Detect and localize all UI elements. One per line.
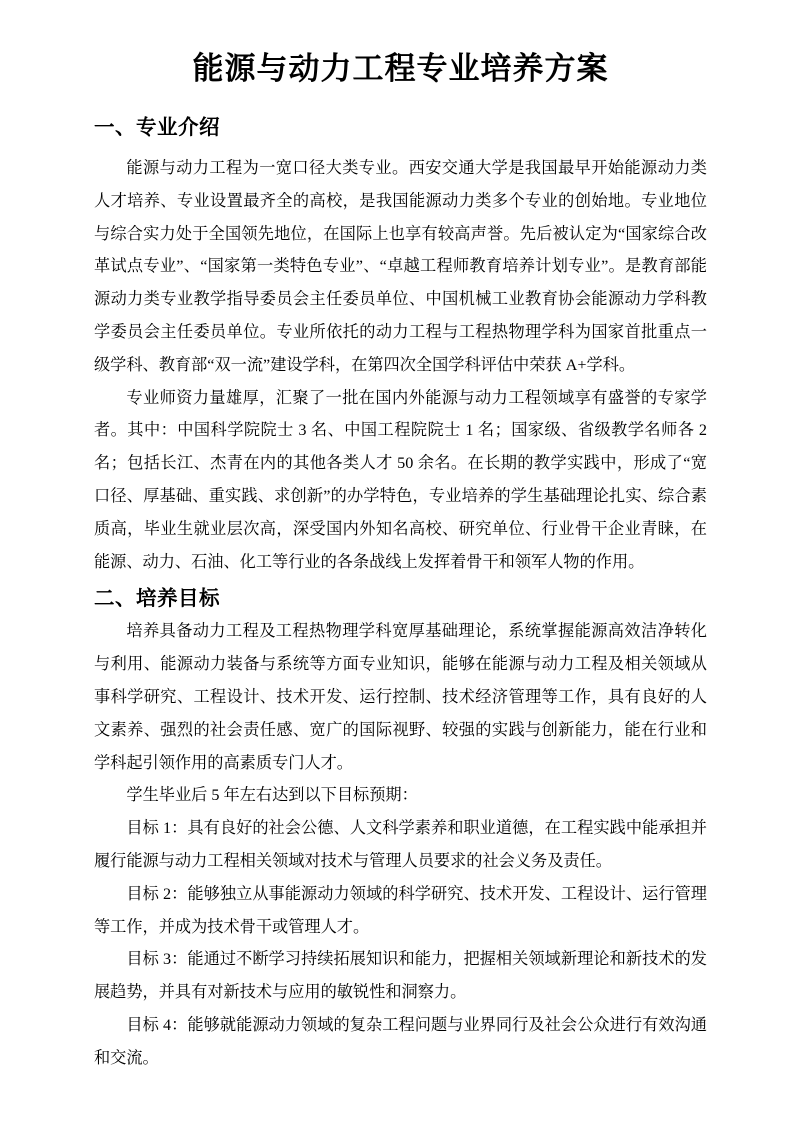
section-heading-intro: 一、专业介绍 xyxy=(94,115,707,142)
goals-intro-paragraph: 培养具备动力工程及工程热物理学科宽厚基础理论，系统掌握能源高效洁净转化与利用、能… xyxy=(94,615,707,779)
goal-paragraph-4: 目标 4：能够就能源动力领域的复杂工程问题与业界同行及社会公众进行有效沟通和交流… xyxy=(94,1009,707,1075)
goals-expectation-lead: 学生毕业后 5 年左右达到以下目标预期： xyxy=(94,779,707,812)
intro-paragraph-1: 能源与动力工程为一宽口径大类专业。西安交通大学是我国最早开始能源动力类人才培养、… xyxy=(94,152,707,382)
document-page: 能源与动力工程专业培养方案 一、专业介绍 能源与动力工程为一宽口径大类专业。西安… xyxy=(0,0,794,1123)
intro-paragraph-2: 专业师资力量雄厚，汇聚了一批在国内外能源与动力工程领域享有盛誉的专家学者。其中：… xyxy=(94,382,707,579)
goal-paragraph-1: 目标 1：具有良好的社会公德、人文科学素养和职业道德，在工程实践中能承担并履行能… xyxy=(94,812,707,878)
goal-paragraph-2: 目标 2：能够独立从事能源动力领域的科学研究、技术开发、工程设计、运行管理等工作… xyxy=(94,878,707,944)
section-heading-goals: 二、培养目标 xyxy=(94,586,707,613)
document-title: 能源与动力工程专业培养方案 xyxy=(94,50,707,88)
goal-paragraph-3: 目标 3：能通过不断学习持续拓展知识和能力，把握相关领域新理论和新技术的发展趋势… xyxy=(94,943,707,1009)
